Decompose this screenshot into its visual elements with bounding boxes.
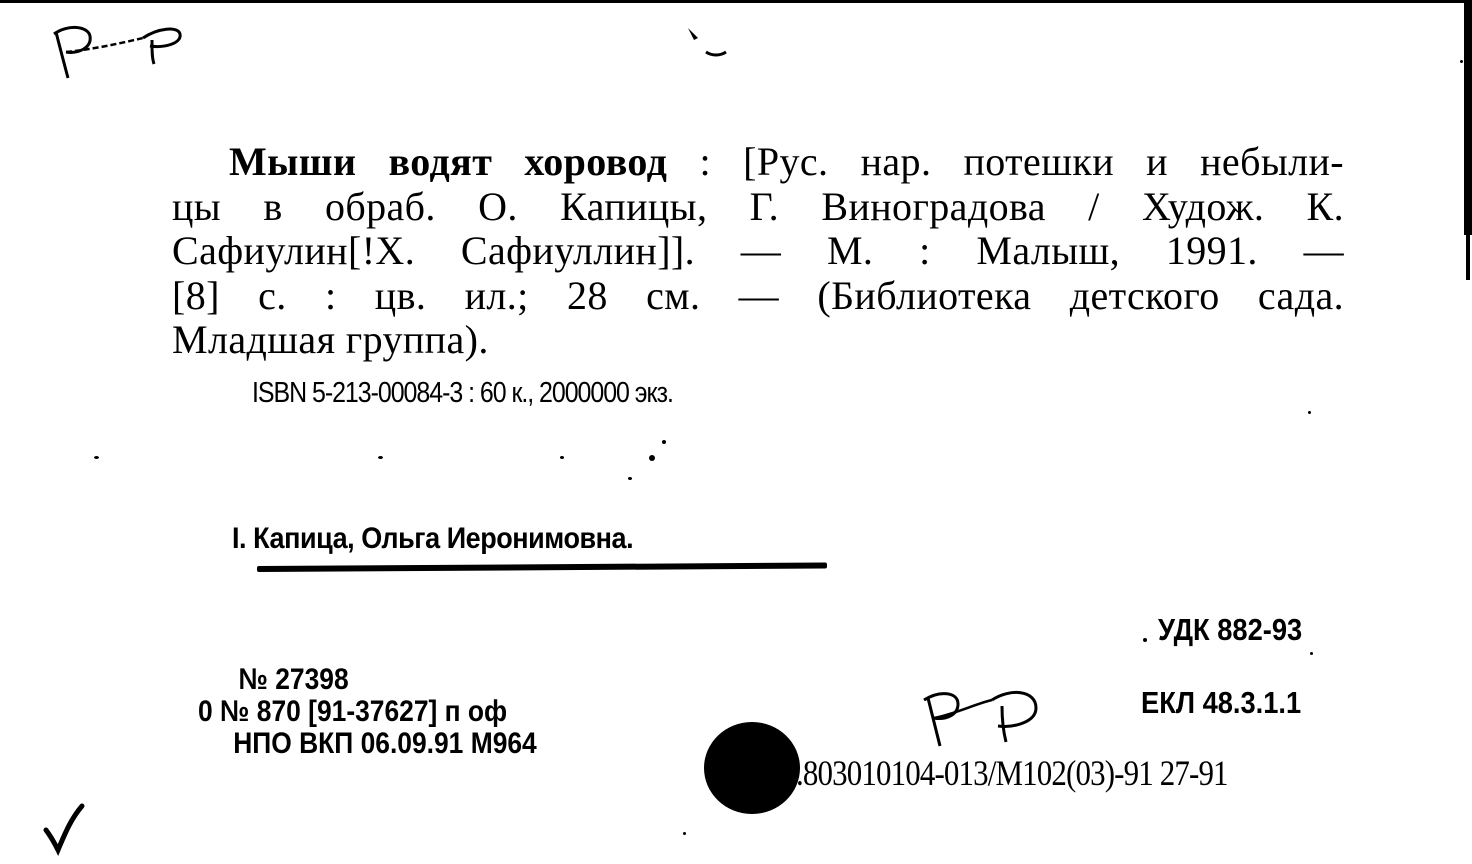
scan-speck xyxy=(94,456,99,459)
scan-speck xyxy=(1308,411,1311,414)
printer-line: НПО ВКП 06.09.91 М964 xyxy=(198,728,537,760)
entry-line-2: цы в обраб. О. Капицы, Г. Виноградова / … xyxy=(172,185,1344,230)
ekl-code: ЕКЛ 48.3.1.1 xyxy=(1141,685,1301,721)
card-meta-block: № 27398 0 № 870 [91-37627] п оф НПО ВКП … xyxy=(198,664,537,760)
scan-speck xyxy=(1310,652,1313,655)
scan-speck xyxy=(662,440,666,444)
underline-rule xyxy=(257,563,827,572)
udk-code: УДК 882-93 xyxy=(1158,612,1302,648)
scan-speck xyxy=(560,456,564,459)
classification-code: .803010104-013/М102(03)-91 27-91 xyxy=(796,752,1228,794)
scan-speck xyxy=(1460,60,1463,63)
isbn-line: ISBN 5-213-00084-3 : 60 к., 2000000 экз. xyxy=(252,377,673,410)
handwritten-initials-icon xyxy=(48,18,198,80)
scan-speck xyxy=(378,456,383,459)
scan-speck xyxy=(683,832,686,835)
scan-speck xyxy=(628,477,632,480)
order-line: 0 № 870 [91-37627] п оф xyxy=(198,696,537,728)
entry-line-1: Мыши водят хоровод : [Рус. нар. потешки … xyxy=(172,140,1344,185)
entry-line-1-text: : [Рус. нар. потешки и небыли- xyxy=(667,139,1344,184)
scan-speck xyxy=(649,455,655,461)
scan-border-top xyxy=(0,0,1472,3)
card-number: № 27398 xyxy=(198,664,537,696)
book-title: Мыши водят хоровод xyxy=(229,139,667,184)
entry-line-3: Сафиулин[!Х. Сафиуллин]]. — М. : Малыш, … xyxy=(172,229,1344,274)
punch-hole xyxy=(704,722,800,814)
checkmark-icon xyxy=(40,800,100,856)
handwritten-initials-icon xyxy=(910,682,1050,748)
entry-line-4: [8] с. : цв. ил.; 28 см. — (Библиотека д… xyxy=(172,274,1344,319)
scan-speck xyxy=(1143,638,1147,642)
entry-line-5: Младшая группа). xyxy=(172,318,1344,363)
scan-border-right xyxy=(1464,0,1472,235)
scan-border-right-lower xyxy=(1466,235,1470,280)
ink-mark-icon xyxy=(680,24,740,64)
added-entry-author: I. Капица, Ольга Иеронимовна. xyxy=(232,522,633,556)
main-bibliographic-entry: Мыши водят хоровод : [Рус. нар. потешки … xyxy=(172,140,1344,363)
